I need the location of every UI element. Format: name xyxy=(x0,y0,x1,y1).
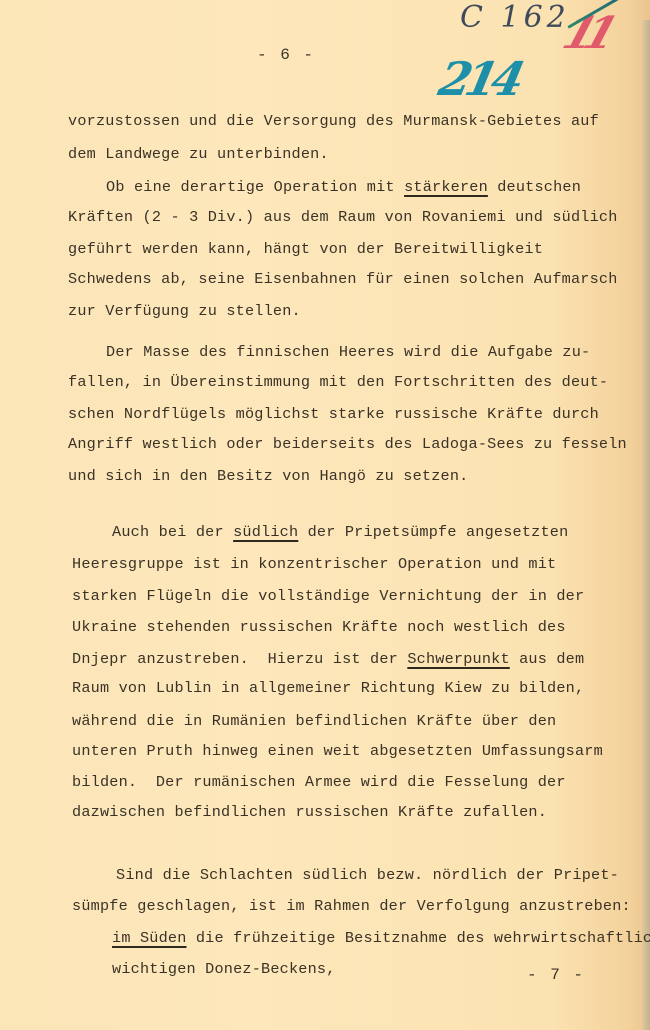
text-segment: deutschen xyxy=(488,178,581,196)
text-line: und sich in den Besitz von Hangö zu setz… xyxy=(68,467,469,485)
text-line: im Süden die frühzeitige Besitznahme des… xyxy=(112,929,650,947)
text-line: Angriff westlich oder beiderseits des La… xyxy=(68,435,627,453)
underlined-emphasis: Schwerpunkt xyxy=(407,650,509,668)
text-line: Raum von Lublin in allgemeiner Richtung … xyxy=(72,679,584,697)
text-segment: aus dem xyxy=(510,650,585,668)
text-line: Dnjepr anzustreben. Hierzu ist der Schwe… xyxy=(72,650,584,668)
text-line: vorzustossen und die Versorgung des Murm… xyxy=(68,112,599,130)
text-segment: Auch bei der xyxy=(112,523,233,541)
text-line: wichtigen Donez-Beckens, xyxy=(112,960,336,978)
page-number-top: - 6 - xyxy=(257,46,315,64)
text-line: Der Masse des finnischen Heeres wird die… xyxy=(106,343,590,361)
underlined-emphasis: im Süden xyxy=(112,929,187,947)
text-line: Heeresgruppe ist in konzentrischer Opera… xyxy=(72,555,556,573)
text-line: sümpfe geschlagen, ist im Rahmen der Ver… xyxy=(72,897,631,915)
text-line: starken Flügeln die vollständige Vernich… xyxy=(72,587,584,605)
text-line: zur Verfügung zu stellen. xyxy=(68,302,301,320)
text-line: schen Nordflügels möglichst starke russi… xyxy=(68,405,599,423)
text-line: Ob eine derartige Operation mit stärkere… xyxy=(106,178,581,196)
text-line: Schwedens ab, seine Eisenbahnen für eine… xyxy=(68,270,618,288)
underlined-emphasis: stärkeren xyxy=(404,178,488,196)
text-line: unteren Pruth hinweg einen weit abgesetz… xyxy=(72,742,603,760)
text-segment: Dnjepr anzustreben. Hierzu ist der xyxy=(72,650,407,668)
text-segment: der Pripetsümpfe angesetzten xyxy=(298,523,568,541)
text-segment: die frühzeitige Besitznahme des wehrwirt… xyxy=(187,929,650,947)
page-right-edge xyxy=(642,20,650,1030)
text-line: Auch bei der südlich der Pripetsümpfe an… xyxy=(112,523,568,541)
underlined-emphasis: südlich xyxy=(233,523,298,541)
page-number-bottom: - 7 - xyxy=(527,966,585,984)
text-segment: Ob eine derartige Operation mit xyxy=(106,178,404,196)
text-line: während die in Rumänien befindlichen Krä… xyxy=(72,712,556,730)
text-line: Sind die Schlachten südlich bezw. nördli… xyxy=(116,866,619,884)
text-line: Kräften (2 - 3 Div.) aus dem Raum von Ro… xyxy=(68,208,618,226)
text-line: Ukraine stehenden russischen Kräfte noch… xyxy=(72,618,566,636)
handwritten-folio-number: 214 xyxy=(434,52,524,106)
text-line: fallen, in Übereinstimmung mit den Forts… xyxy=(68,373,608,391)
text-line: dazwischen befindlichen russischen Kräft… xyxy=(72,803,547,821)
text-line: geführt werden kann, hängt von der Berei… xyxy=(68,240,543,258)
text-line: dem Landwege zu unterbinden. xyxy=(68,145,329,163)
handwritten-archive-reference: C 162 xyxy=(460,0,570,35)
text-line: bilden. Der rumänischen Armee wird die F… xyxy=(72,773,566,791)
